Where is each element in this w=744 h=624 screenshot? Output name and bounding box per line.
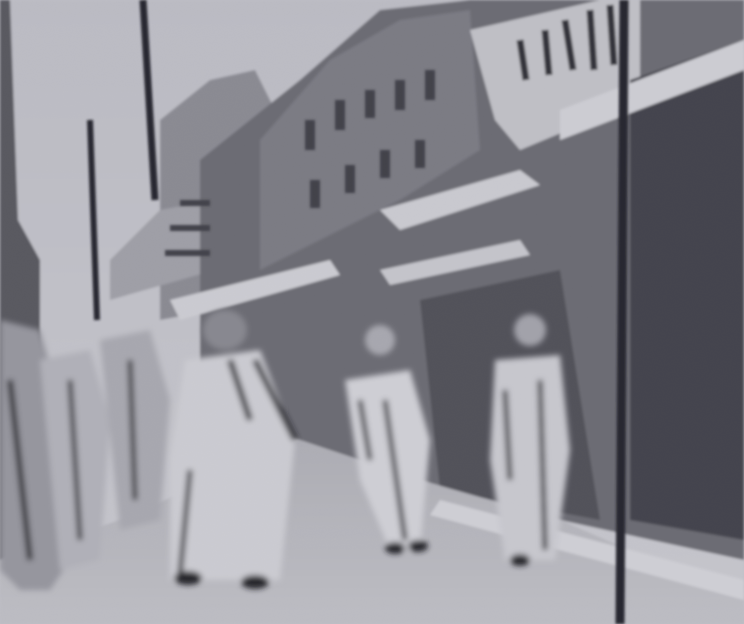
photo-canvas xyxy=(0,0,744,624)
film-grain xyxy=(0,0,744,624)
street-photo: Grainy black-and-white archival photogra… xyxy=(0,0,744,624)
